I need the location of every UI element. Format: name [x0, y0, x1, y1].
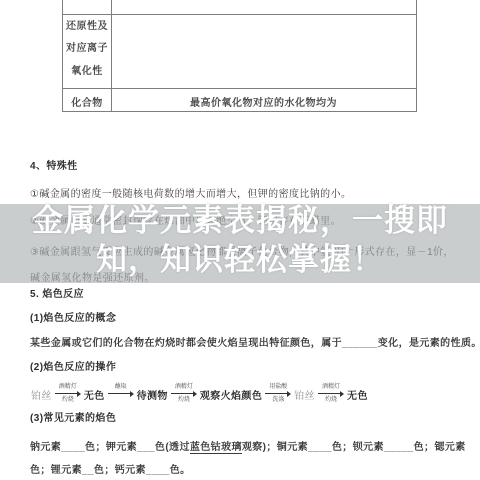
flow-step-colorless: 无色	[347, 387, 368, 402]
flame-concept-heading: (1)焰色反应的概念	[30, 312, 116, 325]
table-cell-property-line2: 对应离子	[63, 39, 111, 54]
colors-line1-cobalt-glass-underlined: 蓝色钴玻璃	[190, 442, 242, 454]
arrow-shaft	[108, 391, 134, 397]
arrow-right-icon: 酒精灯灼烧	[55, 384, 81, 404]
arrow-right-icon: 蘸取	[108, 384, 134, 404]
flow-step-platinum-wire: 铂丝	[294, 387, 315, 402]
arrow-right-icon: 酒精灯灼烧	[318, 384, 344, 404]
section4-heading: 4、特殊性	[30, 160, 78, 173]
arrow-shaft	[265, 391, 291, 397]
arrow-label-top: 蘸取	[115, 384, 127, 391]
arrow-right-icon: 酒精灯灼烧	[171, 384, 197, 404]
table-cell-property-line1: 还原性及	[63, 17, 111, 32]
flame-operation-heading: (2)焰色反应的操作	[30, 361, 116, 374]
flame-concept-text: 某些金属或它们的化合物在灼烧时都会使火焰呈现出特征颜色，属于______变化，是…	[30, 337, 480, 350]
watermark-line1: 金属化学元素表揭秘，一搜即	[0, 201, 480, 240]
section4-item1: ①碱金属的密度一般随核电荷数的增大而增大，但钾的密度比钠的小。	[30, 188, 351, 201]
table-cell-compound-label: 化合物	[63, 94, 111, 109]
arrow-label-bottom: 灼烧	[62, 397, 74, 404]
flow-step-observe-flame: 观察火焰颜色	[200, 387, 262, 402]
flow-step-sample: 待测物	[137, 387, 168, 402]
table-row-divider-top	[63, 14, 416, 15]
flame-test-procedure: 铂丝 酒精灯灼烧 无色 蘸取 待测物 酒精灯灼烧 观察火焰颜色 用盐酸洗涤 铂丝…	[30, 381, 369, 407]
flame-colors-line2: 色；锂元素__色；钙元素____色。	[30, 464, 191, 477]
flow-step-colorless: 无色	[84, 387, 105, 402]
arrow-label-top: 酒精灯	[59, 384, 77, 391]
arrow-label-top: 酒精灯	[175, 384, 193, 391]
arrow-shaft	[318, 391, 344, 397]
properties-table: 还原性及 对应离子 氧化性 化合物 最高价氧化物对应的水化物均为	[62, 0, 417, 112]
watermark-line2: 知，知识轻松掌握！	[0, 240, 480, 279]
colors-line1-pre: 钠元素____色；钾元素___色(透过	[30, 442, 190, 453]
table-row-divider-bottom	[63, 88, 416, 89]
arrow-label-bottom: 灼烧	[325, 397, 337, 404]
colors-line1-post: 观察)；铜元素____色；钡元素_____色；锶元素	[242, 442, 466, 453]
flow-step-platinum-wire: 铂丝	[31, 387, 52, 402]
arrow-label-top: 酒精灯	[322, 384, 340, 391]
watermark-text: 金属化学元素表揭秘，一搜即 知，知识轻松掌握！	[0, 201, 480, 279]
arrow-right-icon: 用盐酸洗涤	[265, 384, 291, 404]
arrow-label-bottom: 灼烧	[178, 397, 190, 404]
arrow-label-bottom: 洗涤	[272, 397, 284, 404]
arrow-label-top: 用盐酸	[269, 384, 287, 391]
flame-colors-heading: (3)常见元素的焰色	[30, 412, 116, 425]
flame-colors-line1: 钠元素____色；钾元素___色(透过蓝色钴玻璃观察)；铜元素____色；钡元素…	[30, 441, 466, 454]
arrow-shaft	[55, 391, 81, 397]
table-cell-compound-value: 最高价氧化物对应的水化物均为	[111, 94, 416, 109]
arrow-shaft	[171, 391, 197, 397]
section5-heading: 5. 焰色反应	[30, 288, 84, 301]
table-cell-property-line3: 氧化性	[63, 62, 111, 77]
